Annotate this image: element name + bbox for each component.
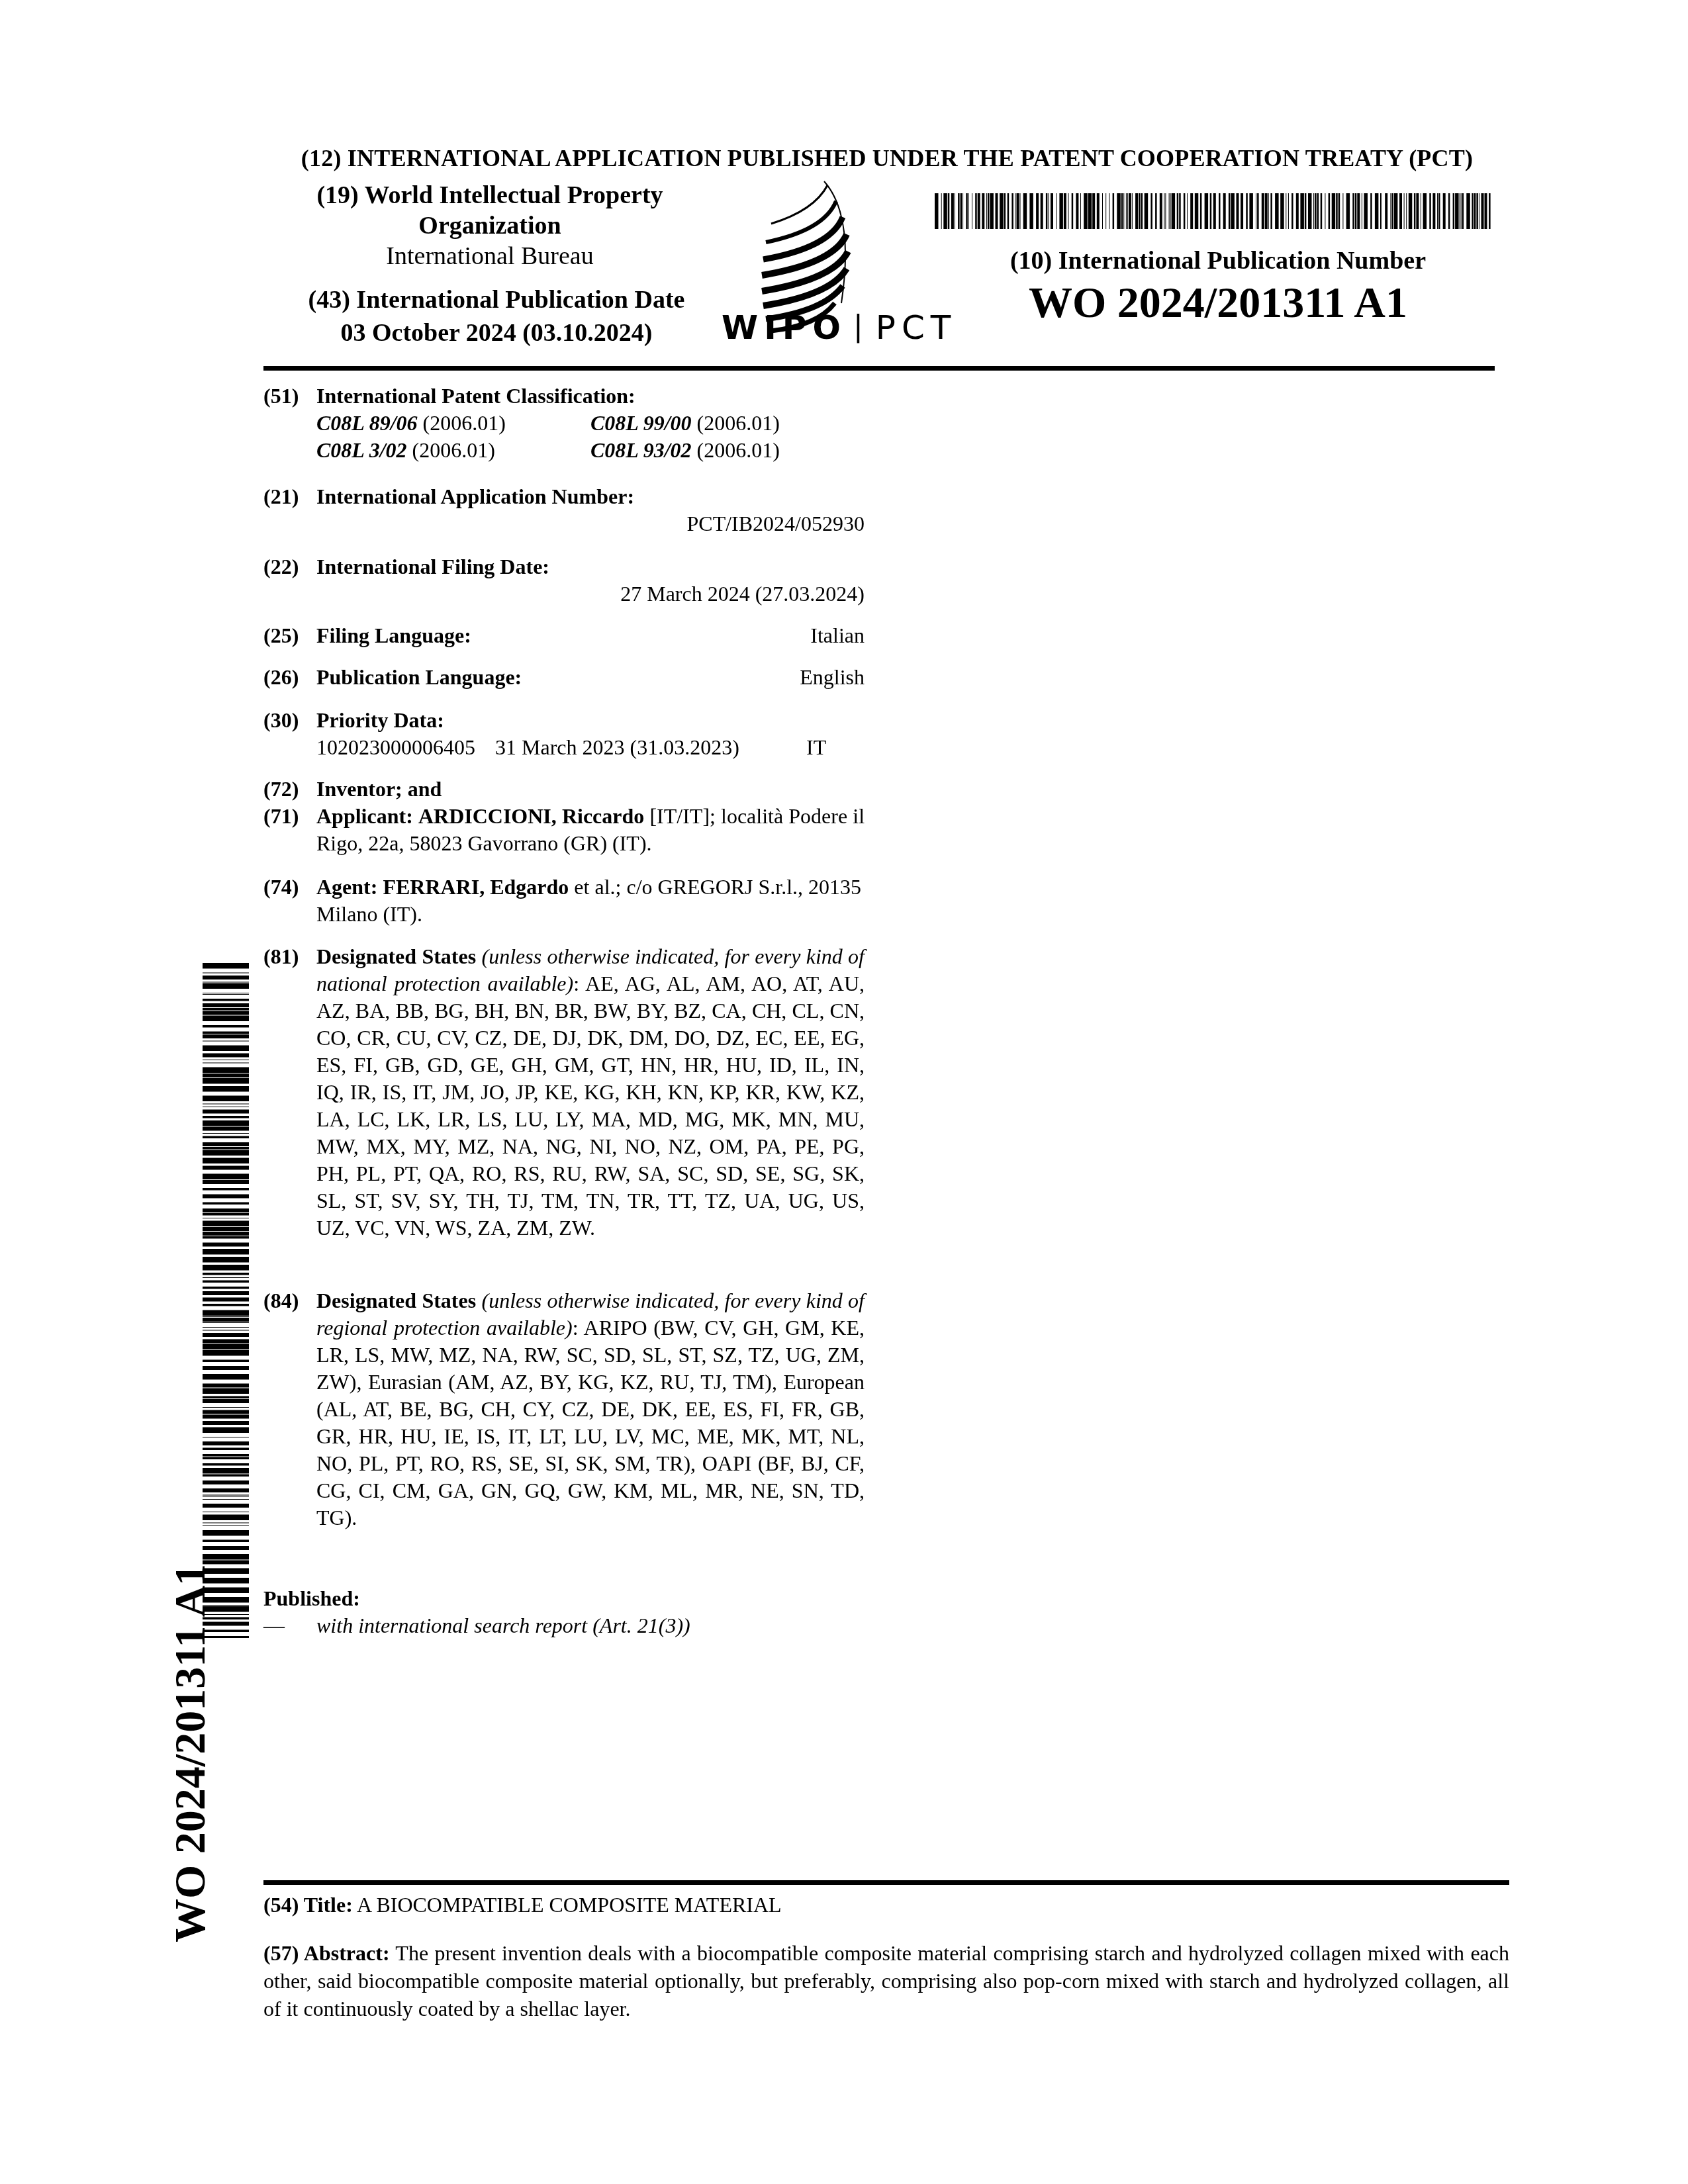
abstract: (57) Abstract: The present invention dea… xyxy=(263,1939,1509,2023)
wipo-pct-wordmark: WIPO|PCT xyxy=(722,308,957,347)
field-filing-date: (22) International Filing Date: 27 March… xyxy=(263,553,865,608)
agent-name: FERRARI, Edgardo xyxy=(383,875,569,899)
field-label: International Patent Classification: xyxy=(316,383,865,410)
org-bureau: International Bureau xyxy=(291,241,688,271)
national-states-list: : AE, AG, AL, AM, AO, AT, AU, AZ, BA, BB… xyxy=(316,972,865,1240)
filing-language-value: Italian xyxy=(810,622,865,649)
publication-date-value: 03 October 2024 (03.10.2024) xyxy=(291,316,702,349)
field-number: (51) xyxy=(263,383,299,410)
filing-date-value: 27 March 2024 (27.03.2024) xyxy=(316,580,865,608)
ipc-class: C08L 99/00 (2006.01) xyxy=(590,410,865,437)
application-number-value: PCT/IB2024/052930 xyxy=(316,510,865,537)
publication-number-label: (10) International Publication Number xyxy=(953,246,1483,275)
field-priority-data: (30) Priority Data: 102023000006405 31 M… xyxy=(263,707,865,761)
field-designated-states-regional: (84) Designated States (unless otherwise… xyxy=(263,1287,865,1531)
priority-number: 102023000006405 xyxy=(316,734,495,761)
field-agent: (74) Agent: FERRARI, Edgardo et al.; c/o… xyxy=(263,874,865,928)
priority-country: IT xyxy=(806,734,826,761)
publication-date-block: (43) International Publication Date 03 O… xyxy=(291,283,702,349)
priority-date: 31 March 2023 (31.03.2023) xyxy=(495,734,806,761)
publication-number: WO 2024/201311 A1 xyxy=(953,278,1483,328)
field-designated-states-national: (81) Designated States (unless otherwise… xyxy=(263,943,865,1242)
barcode-icon xyxy=(935,193,1491,229)
field-inventor: (72) Inventor; and xyxy=(263,776,865,803)
field-applicant: (71) Applicant: ARDICCIONI, Riccardo [IT… xyxy=(263,803,865,857)
field-ipc-classification: (51) International Patent Classification… xyxy=(263,383,865,464)
header-divider xyxy=(263,366,1495,371)
published-item: with international search report (Art. 2… xyxy=(316,1612,690,1639)
published-section: Published: — with international search r… xyxy=(263,1585,865,1639)
ipc-class: C08L 3/02 (2006.01) xyxy=(316,437,590,464)
field-filing-language: (25) Filing Language: Italian xyxy=(263,622,865,649)
field-application-number: (21) International Application Number: P… xyxy=(263,483,865,537)
regional-states-list: : ARIPO (BW, CV, GH, GM, KE, LR, LS, MW,… xyxy=(316,1316,865,1529)
publication-language-value: English xyxy=(800,664,865,691)
applicant-name: ARDICCIONI, Riccardo xyxy=(418,804,644,828)
wordmark-wipo: WIPO xyxy=(722,308,847,347)
org-name-line2: Organization xyxy=(291,210,688,241)
side-publication-number: WO 2024/201311 A1 xyxy=(165,1545,216,1942)
field-publication-language: (26) Publication Language: English xyxy=(263,664,865,691)
ipc-class: C08L 93/02 (2006.01) xyxy=(590,437,865,464)
invention-title: (54) Title: A BIOCOMPATIBLE COMPOSITE MA… xyxy=(263,1893,782,1917)
ipc-class: C08L 89/06 (2006.01) xyxy=(316,410,590,437)
vertical-barcode-icon xyxy=(203,963,249,1638)
publication-date-label: (43) International Publication Date xyxy=(291,283,702,316)
footer-divider xyxy=(263,1880,1509,1885)
wordmark-separator: | xyxy=(853,310,869,343)
wordmark-pct: PCT xyxy=(876,308,957,347)
org-name-line1: (19) World Intellectual Property xyxy=(291,180,688,210)
issuing-organization: (19) World Intellectual Property Organiz… xyxy=(291,180,688,271)
document-type-heading: (12) INTERNATIONAL APPLICATION PUBLISHED… xyxy=(265,144,1509,172)
